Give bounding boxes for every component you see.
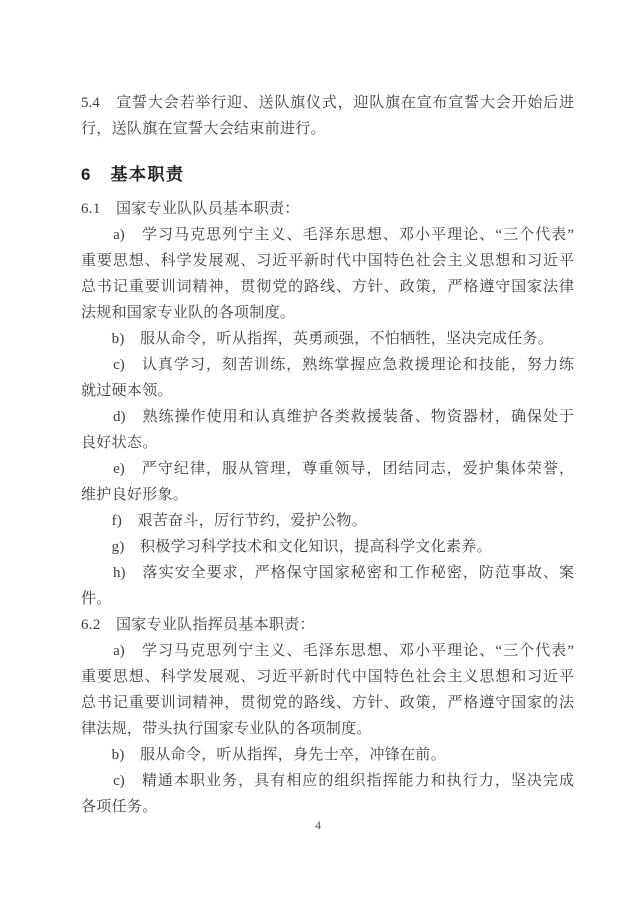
section-6-1: 6.1 国家专业队队员基本职责： [81,196,574,222]
section-6-1-g: g) 积极学习科学技术和文化知识，提高科学文化素养。 [81,534,574,560]
text-line: 律法规，带头执行国家专业队的各项制度。 [81,716,574,742]
text-line: 6.1 国家专业队队员基本职责： [81,196,574,222]
text-line: 就过硬本领。 [81,378,574,404]
section-6-1-a: a) 学习马克思列宁主义、毛泽东思想、邓小平理论、“三个代表”重要思想、科学发展… [81,222,574,326]
text-line: a) 学习马克思列宁主义、毛泽东思想、邓小平理论、“三个代表” [81,638,574,664]
section-6-2: 6.2 国家专业队指挥员基本职责： [81,612,574,638]
text-line: 重要思想、科学发展观、习近平新时代中国特色社会主义思想和习近平 [81,664,574,690]
text-line: 6.2 国家专业队指挥员基本职责： [81,612,574,638]
section-6-2-a: a) 学习马克思列宁主义、毛泽东思想、邓小平理论、“三个代表”重要思想、科学发展… [81,638,574,742]
text-line: 维护良好形象。 [81,482,574,508]
text-line: d) 熟练操作使用和认真维护各类救援装备、物资器材，确保处于 [81,404,574,430]
section-6-1-e: e) 严守纪律，服从管理，尊重领导，团结同志，爱护集体荣誉，维护良好形象。 [81,456,574,508]
section-6-2-c: c) 精通本职业务，具有相应的组织指挥能力和执行力，坚决完成各项任务。 [81,768,574,820]
text-line: g) 积极学习科学技术和文化知识，提高科学文化素养。 [81,534,574,560]
text-line: 5.4 宣誓大会若举行迎、送队旗仪式，迎队旗在宣布宣誓大会开始后进 [81,90,574,116]
text-line: 良好状态。 [81,430,574,456]
section-5-4: 5.4 宣誓大会若举行迎、送队旗仪式，迎队旗在宣布宣誓大会开始后进行，送队旗在宣… [81,90,574,142]
document-content: 5.4 宣誓大会若举行迎、送队旗仪式，迎队旗在宣布宣誓大会开始后进行，送队旗在宣… [81,90,574,820]
text-line: 件。 [81,586,574,612]
section-6-1-h: h) 落实安全要求，严格保守国家秘密和工作秘密，防范事故、案件。 [81,560,574,612]
document-page: 5.4 宣誓大会若举行迎、送队旗仪式，迎队旗在宣布宣誓大会开始后进行，送队旗在宣… [0,0,636,900]
text-line: 重要思想、科学发展观、习近平新时代中国特色社会主义思想和习近平 [81,248,574,274]
text-line: c) 认真学习，刻苦训练，熟练掌握应急救援理论和技能，努力练 [81,352,574,378]
text-line: 总书记重要训词精神，贯彻党的路线、方针、政策，严格遵守国家的法 [81,690,574,716]
section-6-1-f: f) 艰苦奋斗，厉行节约，爱护公物。 [81,508,574,534]
section-6-1-b: b) 服从命令，听从指挥，英勇顽强，不怕牺牲，坚决完成任务。 [81,326,574,352]
text-line: f) 艰苦奋斗，厉行节约，爱护公物。 [81,508,574,534]
text-line: b) 服从命令，听从指挥，英勇顽强，不怕牺牲，坚决完成任务。 [81,326,574,352]
section-6-1-c: c) 认真学习，刻苦训练，熟练掌握应急救援理论和技能，努力练就过硬本领。 [81,352,574,404]
text-line: 各项任务。 [81,794,574,820]
text-line: e) 严守纪律，服从管理，尊重领导，团结同志，爱护集体荣誉， [81,456,574,482]
text-line: a) 学习马克思列宁主义、毛泽东思想、邓小平理论、“三个代表” [81,222,574,248]
text-line: 总书记重要训词精神，贯彻党的路线、方针、政策，严格遵守国家法律 [81,274,574,300]
section-6-2-b: b) 服从命令，听从指挥，身先士卒，冲锋在前。 [81,742,574,768]
section-6: 6 基本职责 [81,162,574,188]
text-line: c) 精通本职业务，具有相应的组织指挥能力和执行力，坚决完成 [81,768,574,794]
text-line: 行，送队旗在宣誓大会结束前进行。 [81,116,574,142]
page-number: 4 [0,818,636,832]
text-line: 6 基本职责 [81,162,574,188]
text-line: h) 落实安全要求，严格保守国家秘密和工作秘密，防范事故、案 [81,560,574,586]
text-line: 法规和国家专业队的各项制度。 [81,300,574,326]
text-line: b) 服从命令，听从指挥，身先士卒，冲锋在前。 [81,742,574,768]
section-6-1-d: d) 熟练操作使用和认真维护各类救援装备、物资器材，确保处于良好状态。 [81,404,574,456]
